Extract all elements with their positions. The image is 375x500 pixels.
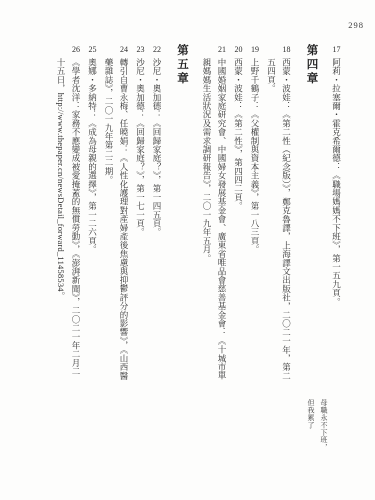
note-text: 上野千鶴子：《父權制與資本主義》，第一八三頁。 <box>250 58 260 254</box>
endnote-25: 25奧娜・多納特：《成為母親的選擇》，第一二六頁。 <box>85 58 100 383</box>
endnote-24: 24轉引自曹永梅、任曉娟：《人性化護理對產婦產後焦慮與抑鬱評分的影響》，《山西醫… <box>101 58 131 383</box>
endnote-21: 21中國婚姻家庭研究會、中國婦女發展基金會、廣東省唯品會慈善基金會：《十城市單親… <box>199 58 229 383</box>
page-number: 298 <box>348 20 364 30</box>
chapter-heading-5: 第五章 <box>174 44 189 369</box>
endnote-23: 23沙尼・奧加德：《回歸家庭？》，第一七一頁。 <box>133 58 148 383</box>
note-text: 西蒙・波娃：《第二性（紀念版）》，鄭克魯譯，上海譯文出版社，二〇二一年，第二五四… <box>267 58 292 380</box>
note-text: 中國婚姻家庭研究會、中國婦女發展基金會、廣東省唯品會慈善基金會：《十城市單親媽媽… <box>202 58 227 380</box>
note-text: 轉引自曹永梅、任曉娟：《人性化護理對產婦產後焦慮與抑鬱評分的影響》，《山西醫藥雜… <box>104 58 129 380</box>
endnote-18: 18西蒙・波娃：《第二性（紀念版）》，鄭克魯譯，上海譯文出版社，二〇二一年，第二… <box>264 58 294 383</box>
endnote-26: 26《學者沈洋：家務不應變成被愛掩蓋的無償勞動》，《澎湃新聞》，二〇二一年二月二… <box>53 58 83 383</box>
running-title-line-2: 但我累了 <box>304 399 317 451</box>
note-text: 奧娜・多納特：《成為母親的選擇》，第一二六頁。 <box>88 58 98 254</box>
endnote-19: 19上野千鶴子：《父權制與資本主義》，第一八三頁。 <box>247 58 262 383</box>
note-number: 23 <box>133 42 149 57</box>
endnote-20: 20西蒙・波娃：《第二性》，第四四二頁。 <box>231 58 246 383</box>
note-text: 西蒙・波娃：《第二性》，第四四二頁。 <box>234 58 244 210</box>
note-text: 沙尼・奧加德：《回歸家庭？》，第一七一頁。 <box>136 58 146 236</box>
note-number: 17 <box>329 42 345 57</box>
running-book-title: 母職永不下班， 但我累了 <box>304 399 330 451</box>
endnote-22: 22沙尼・奧加德：《回歸家庭？》，第一四五頁。 <box>149 58 164 383</box>
note-number: 18 <box>279 42 295 57</box>
note-number: 25 <box>85 42 101 57</box>
note-number: 22 <box>149 42 165 57</box>
running-title-line-1: 母職永不下班， <box>317 399 330 451</box>
note-number: 26 <box>68 42 84 57</box>
note-number: 19 <box>247 42 263 57</box>
endnote-17: 17阿莉・拉塞爾・霍克希爾德：《職場媽媽不下班》，第一五九頁。 <box>329 58 344 383</box>
note-number: 20 <box>231 42 247 57</box>
book-page: 298 17阿莉・拉塞爾・霍克希爾德：《職場媽媽不下班》，第一五九頁。 第四章 … <box>0 0 375 500</box>
endnotes-block: 17阿莉・拉塞爾・霍克希爾德：《職場媽媽不下班》，第一五九頁。 第四章 18西蒙… <box>52 58 346 383</box>
note-text: 沙尼・奧加德：《回歸家庭？》，第一四五頁。 <box>152 58 162 236</box>
note-number: 24 <box>116 42 132 57</box>
note-text: 阿莉・拉塞爾・霍克希爾德：《職場媽媽不下班》，第一五九頁。 <box>332 58 342 306</box>
chapter-heading-4: 第四章 <box>304 44 319 369</box>
note-number: 21 <box>214 42 230 57</box>
note-text: 《學者沈洋：家務不應變成被愛掩蓋的無償勞動》，《澎湃新聞》，二〇二一年二月二十五… <box>56 58 81 376</box>
